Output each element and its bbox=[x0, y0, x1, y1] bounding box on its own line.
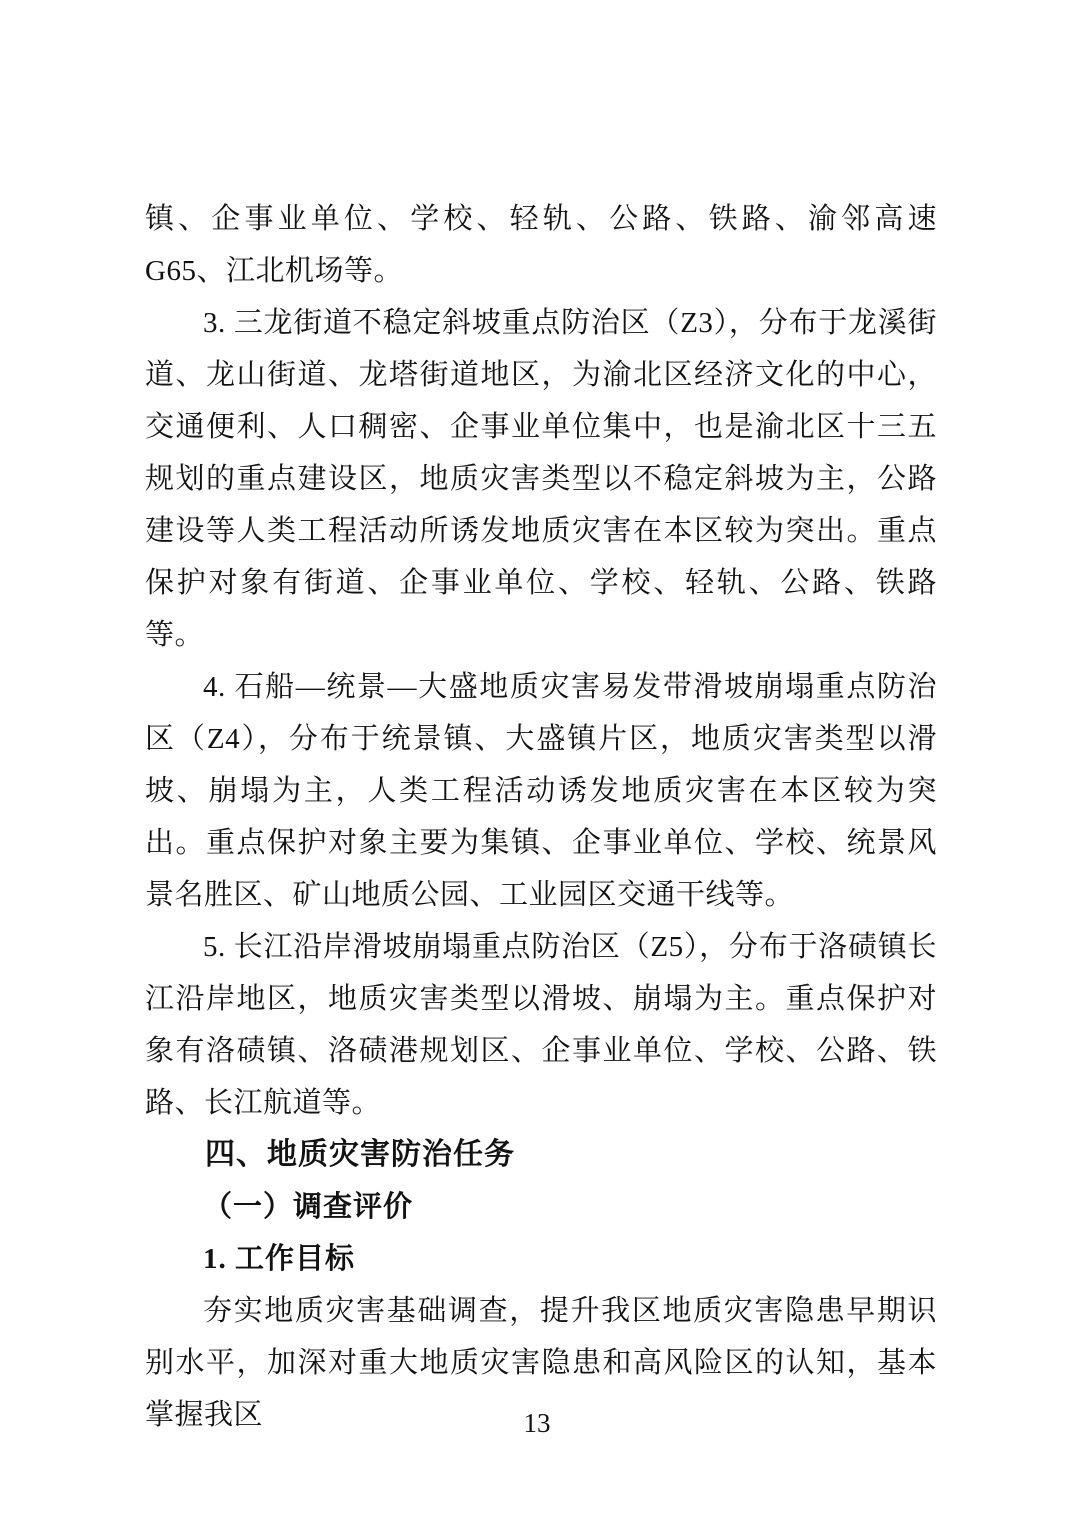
subsection-heading-survey-evaluation: （一）调查评价 bbox=[145, 1181, 937, 1233]
subheading-work-goals: 1. 工作目标 bbox=[145, 1233, 937, 1285]
paragraph-zone-z4: 4. 石船—统景—大盛地质灾害易发带滑坡崩塌重点防治区（Z4），分布于统景镇、大… bbox=[145, 661, 937, 921]
section-heading-prevention-tasks: 四、地质灾害防治任务 bbox=[145, 1129, 937, 1181]
page-footer: 13 bbox=[0, 1408, 1074, 1439]
body-paragraph-continuation: 镇、企事业单位、学校、轻轨、公路、铁路、渝邻高速 G65、江北机场等。 bbox=[145, 193, 937, 297]
page-number: 13 bbox=[524, 1408, 551, 1438]
paragraph-zone-z5: 5. 长江沿岸滑坡崩塌重点防治区（Z5），分布于洛碛镇长江沿岸地区，地质灾害类型… bbox=[145, 921, 937, 1129]
paragraph-zone-z3: 3. 三龙街道不稳定斜坡重点防治区（Z3），分布于龙溪街道、龙山街道、龙塔街道地… bbox=[145, 297, 937, 661]
text-content: 镇、企事业单位、学校、轻轨、公路、铁路、渝邻高速 G65、江北机场等。 3. 三… bbox=[145, 193, 937, 1441]
document-page: 镇、企事业单位、学校、轻轨、公路、铁路、渝邻高速 G65、江北机场等。 3. 三… bbox=[0, 0, 1074, 1520]
